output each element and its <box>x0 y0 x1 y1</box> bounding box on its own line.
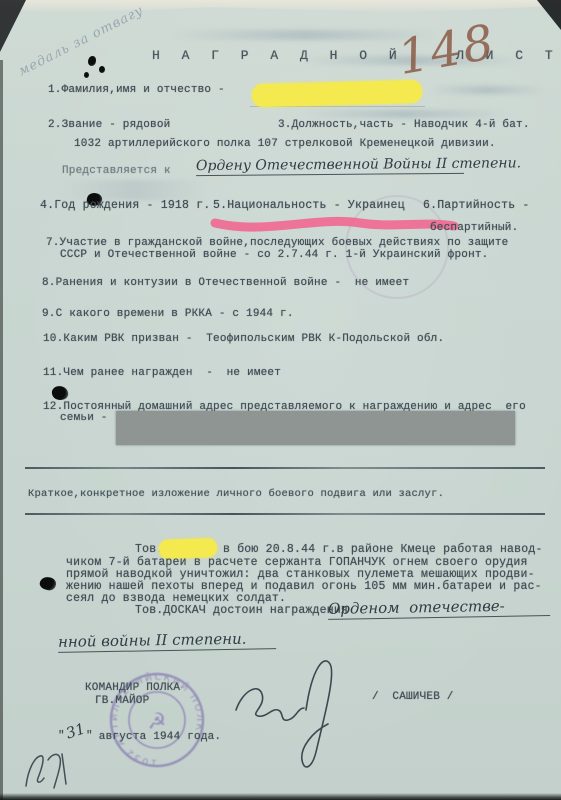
pink-marker-underline <box>210 211 460 239</box>
ghost-print <box>430 86 545 94</box>
field-position: 3.Должность,часть - Наводчик 4-й бат. <box>278 119 530 131</box>
field-wounds: 8.Ранения и контузии в Отечественной вой… <box>42 277 409 289</box>
field-rank: 2.Звание - рядовой <box>48 119 170 131</box>
award-handwritten-line1: Орденом отечестве- <box>328 596 550 620</box>
presented-for-label: Представляется к <box>62 165 171 177</box>
ghost-print <box>60 180 210 200</box>
field-rkka-since: 9.С какого времени в РККА - с 1944 г. <box>42 308 294 320</box>
field-war-participation-line2: СССР и Отечественной войне - со 2.7.44 г… <box>60 249 488 261</box>
paper-speck <box>99 66 105 73</box>
page-number-handwritten: 148 <box>394 14 500 86</box>
pencil-note: медаль за отвагу <box>16 3 146 79</box>
field-drafted-by: 10.Каким РВК призван - Теофипольским РВК… <box>43 333 444 345</box>
citation-conclusion: Тов.ДОСКАЧ достоин награждения <box>135 604 348 617</box>
scan-bottom-edge <box>0 793 561 800</box>
section-rule-top <box>25 467 545 469</box>
paper-hole <box>51 385 69 402</box>
field-name-label: 1.Фамилия,имя и отчество - <box>48 84 225 96</box>
presented-for-value-handwritten: Ордену Отечественной Войны II степени. <box>196 156 464 176</box>
scan-left-edge <box>0 60 3 800</box>
paper-speck <box>84 72 89 78</box>
clerk-mark <box>18 740 78 798</box>
section-rule-bottom <box>25 513 545 515</box>
field-party-value: беспартийный. <box>430 222 518 234</box>
torn-top-edge <box>0 0 561 13</box>
section-header: Краткое,конкретное изложение личного бое… <box>28 488 444 500</box>
commander-typed-name: / САШИЧЕВ / <box>372 691 454 703</box>
paper-speck <box>88 56 96 66</box>
field-previous-awards: 11.Чем ранее награжден - не имеет <box>43 367 281 379</box>
commander-signature <box>228 648 358 778</box>
date-text: августа 1944 года. <box>92 731 221 743</box>
field-unit: 1032 артиллерийского полка 107 стрелково… <box>74 138 496 150</box>
ghost-print <box>300 110 510 118</box>
field-war-participation-line1: 7.Участие в гражданской войне,последующи… <box>46 237 508 249</box>
field-home-address-line2: семьи - <box>60 412 108 424</box>
paper-hole <box>38 575 57 593</box>
name-redaction-highlight <box>252 80 423 107</box>
field-birth-year: 4.Год рождения - 1918 г. <box>40 199 210 212</box>
award-sheet-document: медаль за отвагу Н А Г Р А Д Н О Й Л И С… <box>0 0 561 800</box>
commander-title-line1: КОМАНДИР ПОЛКА <box>85 682 180 694</box>
commander-title-line2: ГВ.МАЙОР <box>95 695 149 707</box>
citation-line1: в бою 20.8.44 г.в районе Кмеце работая н… <box>223 543 543 556</box>
address-redaction-box <box>116 411 515 445</box>
